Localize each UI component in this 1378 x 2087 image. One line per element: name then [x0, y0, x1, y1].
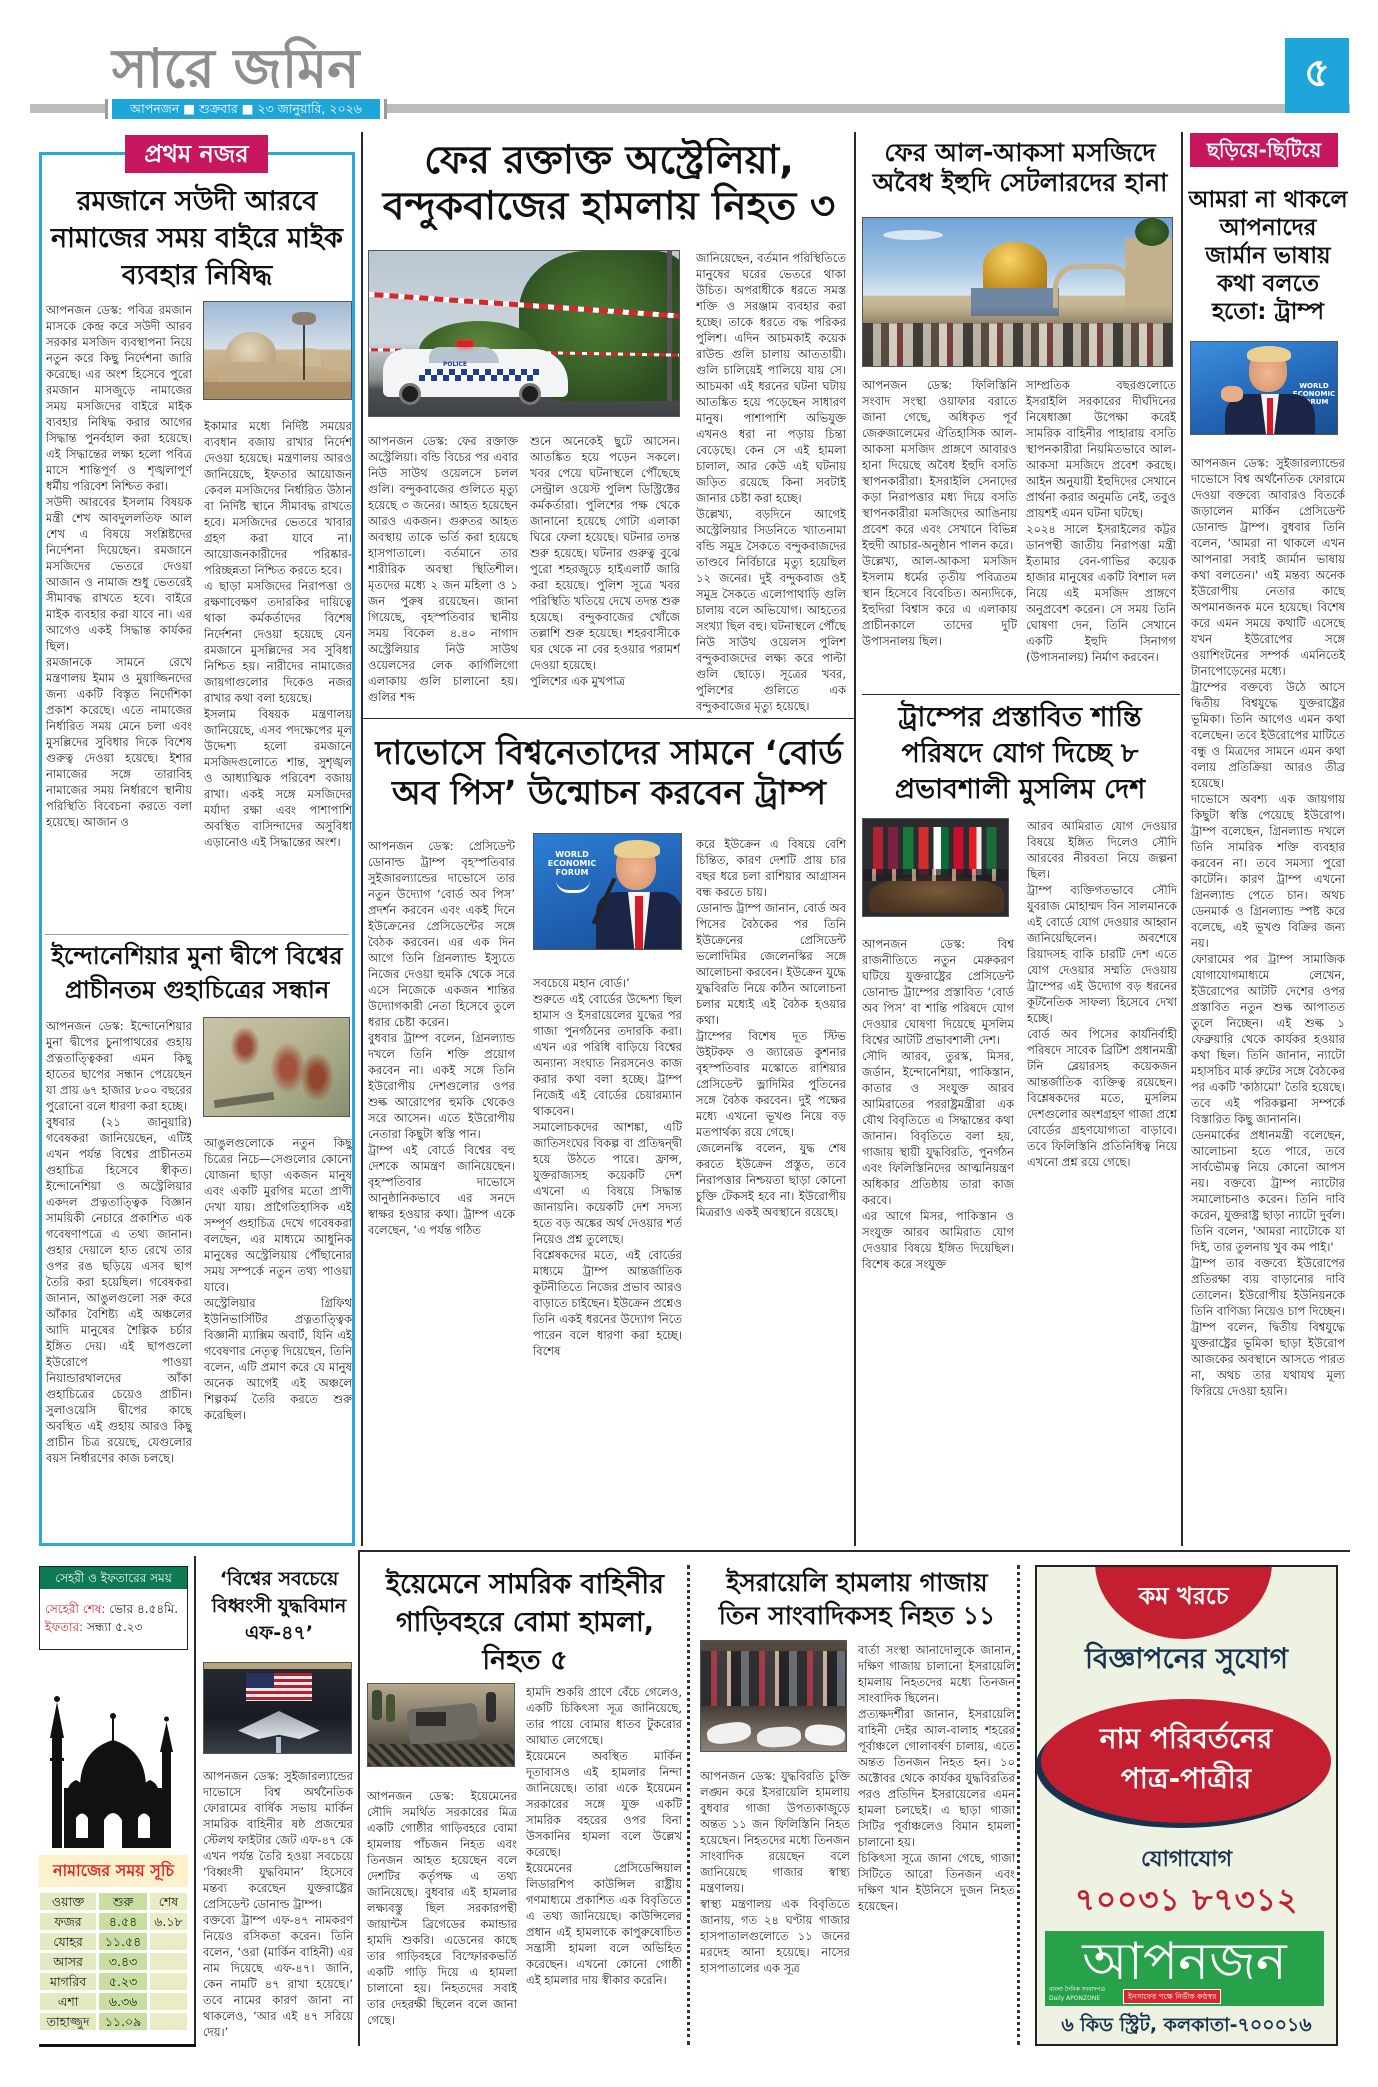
- ad-address: ৬ কিড স্ট্রিট, কলকাতা-৭০০০১৬: [1037, 2011, 1336, 2039]
- header-cell: শেষ: [150, 1893, 187, 1910]
- headline-line: ফের রক্তাক্ত অস্ট্রেলিয়া,: [364, 138, 854, 184]
- prayer-end: ৬.১৮: [150, 1913, 187, 1930]
- iftar-value: সন্ধ্যা ৫.২৩: [87, 1620, 142, 1634]
- prayer-start: ১১.৫৪: [99, 1933, 147, 1950]
- namaz-bottom-rule: [39, 2044, 196, 2047]
- prayer-start: ৪.৫৪: [99, 1913, 147, 1930]
- mosque-loudspeaker-photo: [203, 301, 352, 400]
- advertisement-box[interactable]: কম খরচে বিজ্ঞাপনের সুযোগ নাম পরিবর্তনের …: [1035, 1565, 1338, 2046]
- gaza-mourners-photo: [700, 1640, 847, 1752]
- prayer-start: ১১.০৯: [99, 2013, 147, 2030]
- headline-line: ফের আল-আকসা মসজিদে: [862, 138, 1178, 168]
- logo-name: আপনজন: [1045, 1931, 1324, 1993]
- article-body-column: আপনজন ডেস্ক: বিশ্ব রাজনীতিতে নতুন মেরুকর…: [862, 936, 1014, 1540]
- article-body: আপনজন ডেস্ক: সুইজারল্যান্ডের দাভোসে বিশ্…: [1191, 455, 1345, 1540]
- headline: ‘বিশ্বের সবচেয়ে বিধ্বংসী যুদ্ধবিমান এফ-…: [201, 1566, 357, 1647]
- logo-tagline: ইনসাফের পক্ষে নির্ভীক কণ্ঠস্বর: [1123, 1989, 1221, 2004]
- prayer-end: [150, 1993, 187, 2010]
- headline-line: বন্দুকবাজের হামলায় নিহত ৩: [364, 184, 854, 230]
- article-body-column: শুনে অনেকেই ছুটে আসেন। আতঙ্কিত হয়ে পড়ে…: [530, 433, 680, 713]
- table-row: এশা ৬.৩৬: [40, 1993, 187, 2010]
- prayer-name: যোহর: [40, 1933, 96, 1950]
- iftar-label: ইফতার:: [45, 1620, 83, 1634]
- ad-low-cost-badge: কম খরচে: [1095, 1565, 1272, 1639]
- dotted-divider: [687, 1565, 690, 2045]
- header-cell: শুরু: [99, 1893, 147, 1910]
- prayer-start: ৫.২৩: [99, 1973, 147, 1990]
- article-body-column: আপনজন ডেস্ক: ফিলিস্তিনি সংবাদ সংস্থা ওয়…: [862, 377, 1017, 689]
- sehri-iftar-title: সেহরী ও ইফতারের সময়: [40, 1567, 187, 1589]
- trump-wef-podium-photo: WORLD ECONOMIC FORUM: [533, 833, 682, 950]
- first-look-label: প্রথম নজর: [125, 135, 268, 173]
- prayer-name: এশা: [40, 1993, 96, 2010]
- table-row: ফজর ৪.৫৪ ৬.১৮: [40, 1913, 187, 1930]
- iftar-time-line: ইফতার: সন্ধ্যা ৫.২৩: [45, 1619, 142, 1635]
- logo-small-text: Daily APONZONE: [1049, 1995, 1100, 2003]
- article-body-column: আঙুলগুলোকে নতুন কিছু চিত্রের নিচে—সেগুলো…: [204, 1135, 352, 1540]
- ad-services-ellipse: নাম পরিবর্তনের পাত্র-পাত্রীর: [1041, 1699, 1331, 1823]
- headline-line: তিন সাংবাদিকসহ নিহত ১১: [698, 1599, 1016, 1632]
- police-car-crime-scene-photo: POLICE: [368, 250, 680, 417]
- section-divider: [862, 694, 1180, 695]
- headline-line: দাভোসে বিশ্বনেতাদের সামনে ‘বোর্ড: [364, 733, 854, 773]
- namaz-schedule-table: ওয়াক্ত শুরু শেষ ফজর ৪.৫৪ ৬.১৮ যোহর ১১.৫…: [37, 1890, 190, 2033]
- headline-line: হতো: ট্রাম্প: [1188, 298, 1348, 326]
- sehri-iftar-box: সেহরী ও ইফতারের সময় সেহেরী শেষ: ভোর ৪.৫…: [39, 1566, 188, 1650]
- leaders-meeting-flags-photo: [862, 818, 1009, 917]
- prayer-end: [150, 1953, 187, 1970]
- table-row: আসর ৩.৪৩: [40, 1953, 187, 1970]
- sehri-value: ভোর ৪.৫৪মি.: [109, 1602, 178, 1616]
- article-body-column: জানিয়েছেন, বর্তমান পরিস্থিতিতে মানুষের …: [696, 250, 846, 713]
- ad-phone-number: ৭০০৩১ ৮৭৩১২: [1037, 1880, 1336, 1920]
- prayer-start: ৬.৩৬: [99, 1993, 147, 2010]
- bottom-section-rule: [360, 1550, 1350, 1552]
- dotted-divider: [1017, 1565, 1020, 2045]
- namaz-schedule-title: নামাজের সময় সূচি: [39, 1855, 188, 1887]
- prayer-end: [150, 1933, 187, 1950]
- headline-line: ইসরায়েলি হামলায় গাজায়: [698, 1566, 1016, 1599]
- wef-logo-text: WORLD ECONOMIC FORUM: [542, 850, 602, 877]
- column-divider: [194, 1556, 196, 2046]
- logo-small-text: বাংলা দৈনিক সংবাদপত্র: [1049, 1986, 1105, 1994]
- aponjon-logo: আপনজন বাংলা দৈনিক সংবাদপত্র Daily APONZO…: [1045, 1931, 1324, 2006]
- column-divider: [1181, 132, 1183, 1546]
- headline-line: ইয়েমেনে সামরিক বাহিনীর: [364, 1566, 686, 1604]
- prayer-end: [150, 1973, 187, 1990]
- bombed-convoy-photo: [367, 1683, 515, 1767]
- ad-contact-label: যোগাযোগ: [1037, 1845, 1336, 1875]
- column-divider: [854, 132, 856, 1546]
- table-header-row: ওয়াক্ত শুরু শেষ: [40, 1893, 187, 1910]
- article-body-column: করে ইউক্রেন এ বিষয়ে বেশি চিন্তিত, কারণ …: [696, 836, 846, 1540]
- headline: ফের রক্তাক্ত অস্ট্রেলিয়া, বন্দুকবাজের হ…: [364, 138, 854, 230]
- headline-line: জার্মান ভাষায়: [1188, 242, 1348, 270]
- headline-line: পরিষদে যোগ দিচ্ছে ৮: [862, 736, 1178, 772]
- headline-line: নিহত ৫: [364, 1642, 686, 1680]
- ad-subtitle: বিজ্ঞাপনের সুযোগ: [1037, 1641, 1336, 1677]
- sehri-label: সেহেরী শেষ:: [45, 1602, 105, 1616]
- article-body-column: আপনজন ডেস্ক: ইন্দোনেশিয়ার মুনা দ্বীপের …: [46, 1018, 192, 1540]
- al-aqsa-compound-photo: [862, 217, 1173, 367]
- headline-line: প্রাচীনতম গুহাচিত্রের সন্ধান: [42, 973, 352, 1007]
- headline-line: ইন্দোনেশিয়ার মুনা দ্বীপে বিশ্বের: [42, 939, 352, 973]
- scattered-section-label: ছড়িয়ে-ছিটিয়ে: [1190, 133, 1338, 167]
- headline-line: ‘বিশ্বের সবচেয়ে: [201, 1566, 357, 1593]
- column-divider: [358, 1550, 360, 2046]
- article-body-column: সাম্প্রতিক বছরগুলোতে ইসরাইলি সরকারের দীর…: [1026, 377, 1176, 689]
- headline-line: গাড়িবহরে বোমা হামলা,: [364, 1604, 686, 1642]
- headline-line: আপনাদের: [1188, 214, 1348, 242]
- headline: ট্রাম্পের প্রস্তাবিত শান্তি পরিষদে যোগ দ…: [862, 700, 1178, 808]
- headline-line: আমরা না থাকলে: [1188, 186, 1348, 214]
- headline: দাভোসে বিশ্বনেতাদের সামনে ‘বোর্ড অব পিস’…: [364, 733, 854, 813]
- prayer-start: ৩.৪৩: [99, 1953, 147, 1970]
- prayer-name: মাগরিব: [40, 1973, 96, 1990]
- cave-handprint-photo: [203, 1017, 350, 1117]
- headline-line: ব্যবহার নিষিদ্ধ: [42, 257, 352, 294]
- sehri-time-line: সেহেরী শেষ: ভোর ৪.৫৪মি.: [45, 1601, 178, 1617]
- prayer-end: [150, 2013, 187, 2030]
- table-row: তাহাজ্জুদ ১১.০৯: [40, 2013, 187, 2030]
- headline-line: অব পিস’ উন্মোচন করবেন ট্রাম্প: [364, 773, 854, 813]
- headline: ইসরায়েলি হামলায় গাজায় তিন সাংবাদিকসহ …: [698, 1566, 1016, 1632]
- article-body: আপনজন ডেস্ক: সুইজারল্যান্ডের দাভোসে বিশ্…: [203, 1768, 353, 2045]
- f47-jet-hangar-photo: [203, 1662, 352, 1754]
- article-body-column: হামদি শুকরি প্রাণে বেঁচে গেলেও, একটি চিক…: [526, 1684, 682, 2045]
- headline-line: নামাজের সময় বাইরে মাইক: [42, 220, 352, 257]
- headline: ইন্দোনেশিয়ার মুনা দ্বীপে বিশ্বের প্রাচী…: [42, 939, 352, 1007]
- column-divider: [361, 132, 363, 1546]
- prayer-name: ফজর: [40, 1913, 96, 1930]
- dateline: আপনজন ■ শুক্রবার ■ ২৩ জানুয়ারি, ২০২৬: [108, 99, 384, 119]
- section-title: সারে জমিন: [112, 38, 360, 100]
- ad-service-line: পাত্র-পাত্রীর: [1041, 1759, 1331, 1799]
- headline: ইয়েমেনে সামরিক বাহিনীর গাড়িবহরে বোমা হ…: [364, 1566, 686, 1680]
- section-divider: [362, 718, 854, 719]
- page-number: ৫: [1285, 38, 1349, 113]
- article-body-column: আপনজন ডেস্ক: পবিত্র রমজান মাসকে কেন্দ্র …: [46, 302, 192, 928]
- article-body-column: আপনজন ডেস্ক: ফের রক্তাক্ত অস্ট্রেলিয়া। …: [368, 433, 518, 713]
- trump-wef-pointing-photo: WORLD ECONOMIC FORUM: [1190, 341, 1338, 435]
- headline: আমরা না থাকলে আপনাদের জার্মান ভাষায় কথা…: [1188, 186, 1348, 326]
- headline-line: রমজানে সউদী আরবে: [42, 183, 352, 220]
- header-cell: ওয়াক্ত: [40, 1893, 96, 1910]
- article-body-column: আরব আমিরাত যোগ দেওয়ার বিষয়ে ইঙ্গিত দিল…: [1027, 818, 1177, 1540]
- table-row: মাগরিব ৫.২৩: [40, 1973, 187, 1990]
- headline: ফের আল-আকসা মসজিদে অবৈধ ইহুদি সেটলারদের …: [862, 138, 1178, 198]
- article-body-column: ইকামার মধ্যে নির্দিষ্ট সময়ের ব্যবধান বজ…: [204, 418, 352, 928]
- headline-line: বিধ্বংসী যুদ্ধবিমান: [201, 1593, 357, 1620]
- mosque-silhouette-icon: [38, 1688, 188, 1848]
- article-body-column: আপনজন ডেস্ক: ইয়েমেনের সৌদি সমর্থিত সরকা…: [367, 1788, 517, 2045]
- article-body-column: বার্তা সংস্থা আনাদোলুকে জানান, দক্ষিণ গা…: [858, 1642, 1015, 2045]
- headline: রমজানে সউদী আরবে নামাজের সময় বাইরে মাইক…: [42, 183, 352, 294]
- table-row: যোহর ১১.৫৪: [40, 1933, 187, 1950]
- prayer-name: আসর: [40, 1953, 96, 1970]
- headline-line: অবৈধ ইহুদি সেটলারদের হানা: [862, 168, 1178, 198]
- headline-line: ট্রাম্পের প্রস্তাবিত শান্তি: [862, 700, 1178, 736]
- headline-line: কথা বলতে: [1188, 270, 1348, 298]
- article-body-column: সবচেয়ে মহান বোর্ড।’ শুরুতে এই বোর্ডের উ…: [533, 975, 682, 1540]
- police-text: POLICE: [425, 361, 485, 369]
- article-body-column: আপনজন ডেস্ক: প্রেসিডেন্ট ডোনাল্ড ট্রাম্প…: [368, 838, 515, 1540]
- headline-line: প্রভাবশালী মুসলিম দেশ: [862, 772, 1178, 808]
- article-divider: [45, 934, 349, 935]
- ad-service-line: নাম পরিবর্তনের: [1041, 1719, 1331, 1759]
- headline-line: এফ-৪৭’: [201, 1620, 357, 1647]
- prayer-name: তাহাজ্জুদ: [40, 2013, 96, 2030]
- article-body-column: আপনজন ডেস্ক: যুদ্ধবিরতি চুক্তি লঙ্ঘন করে…: [700, 1768, 850, 2045]
